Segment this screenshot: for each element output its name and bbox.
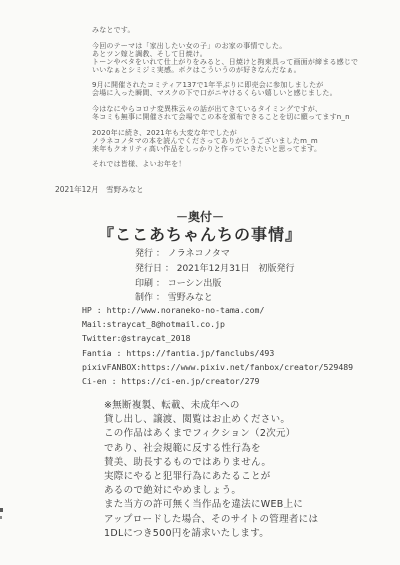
disclaimer-line: ※無断複製、転載、未成年への	[104, 399, 318, 413]
credit-publish-date: 発行日 ： 2021年12月31日 初版発行	[135, 262, 295, 277]
link-ci-en: Ci-en : https://ci-en.jp/creator/279	[82, 374, 353, 388]
publication-credits: 発行 ： ノラネコノタマ 発行日 ： 2021年12月31日 初版発行 印刷 ：…	[135, 247, 295, 306]
scan-artifact	[0, 508, 3, 512]
link-pixiv-fanbox: pixivFANBOX:https://www.pixiv.net/fanbox…	[82, 360, 353, 374]
afterword-line: いいなぁとシミジミ実感。ボクはこういうのが好きなんだなぁ。	[92, 67, 358, 75]
afterword-line: 会場に入った瞬間、マスクの下で口がニヤけるくらい嬉しいと感じました。	[92, 90, 358, 98]
signature-date: 2021年12月 雪野みなと	[55, 184, 144, 195]
link-twitter: Twitter:@straycat_2018	[82, 331, 353, 345]
disclaimer-line: アップロードした場合、そのサイトの管理者には	[104, 513, 318, 527]
legal-disclaimer: ※無断複製、転載、未成年への 貸し出し、譲渡、閲覧はお止めください。 この作品は…	[104, 399, 318, 541]
link-mail: Mail:straycat_8@hotmail.co.jp	[82, 317, 353, 331]
scan-artifact	[0, 516, 2, 519]
link-homepage: HP : http://www.noraneko-no-tama.com/	[82, 303, 353, 317]
afterword-line: 来年もクオリティ高い作品をしっかりと作っていきたいと思ってます。	[92, 146, 358, 154]
disclaimer-line: であり、社会規範に反する性行為を	[104, 442, 318, 456]
link-fantia: Fantia : https://fantia.jp/fanclubs/493	[82, 346, 353, 360]
disclaimer-line: この作品はあくまでフィクション（2次元）	[104, 427, 318, 441]
disclaimer-line: あるので絶対にやめましょう。	[104, 484, 318, 498]
disclaimer-line: また当方の許可無く当作品を違法にWEB上に	[104, 498, 318, 512]
afterword-line: それでは皆様、よいお年を！	[92, 161, 358, 169]
afterword-text: みなとです。 今回のテーマは「家出したい女の子」のお家の事情でした。 あとツン嫁…	[92, 27, 358, 169]
afterword-line: みなとです。	[92, 27, 358, 35]
afterword-line: 冬コミも無事に開催されて会場でこの本を頒布できることを切に願ってますn_n	[92, 114, 358, 122]
credit-publisher: 発行 ： ノラネコノタマ	[135, 247, 295, 262]
disclaimer-line: 実際にやると犯罪行為にあたることが	[104, 470, 318, 484]
credit-printer: 印刷 ： コーシン出版	[135, 277, 295, 292]
disclaimer-line: 賛美、助長するものではありません。	[104, 456, 318, 470]
disclaimer-line: 貸し出し、譲渡、閲覧はお止めください。	[104, 413, 318, 427]
colophon-page: みなとです。 今回のテーマは「家出したい女の子」のお家の事情でした。 あとツン嫁…	[0, 0, 400, 565]
contact-links: HP : http://www.noraneko-no-tama.com/ Ma…	[82, 303, 353, 388]
book-title: 『ここあちゃんちの事情』	[0, 222, 400, 245]
disclaimer-line: 1DLにつき500円を請求いたします。	[104, 527, 318, 541]
